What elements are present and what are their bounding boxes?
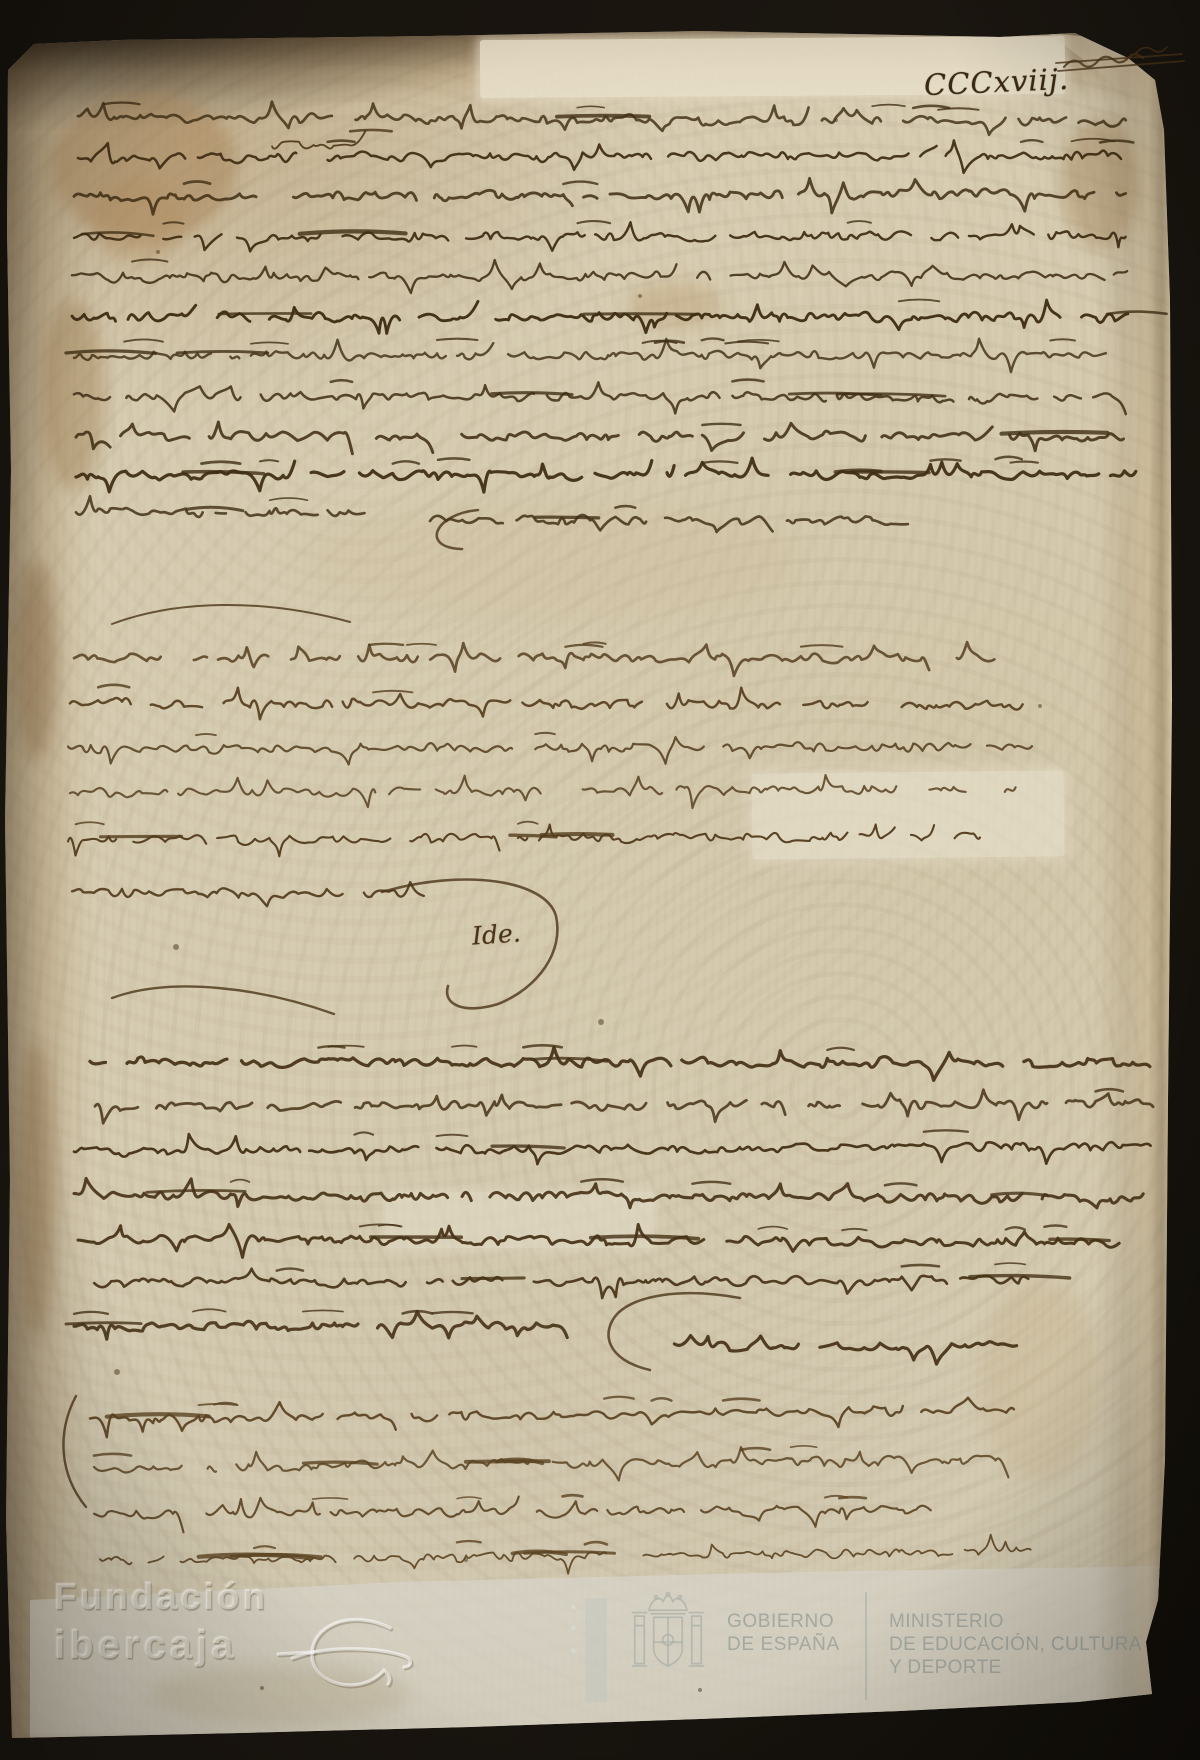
ministerio-line1: MINISTERIO xyxy=(889,1610,1142,1633)
watermark-divider xyxy=(865,1592,867,1700)
handwritten-text-layer xyxy=(0,0,1200,1760)
flag-band xyxy=(585,1598,607,1702)
star-icon: ★ xyxy=(569,1646,578,1657)
gobierno-de-espana-watermark: GOBIERNO DE ESPAÑA xyxy=(727,1610,840,1656)
spain-coat-of-arms-icon xyxy=(618,1590,718,1685)
star-icon: ★ xyxy=(569,1602,578,1613)
ibercaja-watermark-line2: ibercaja xyxy=(54,1623,268,1668)
star-icon: ★ xyxy=(569,1623,578,1634)
ibercaja-swirl-icon xyxy=(266,1606,416,1701)
ministerio-watermark: MINISTERIO DE EDUCACIÓN, CULTURA Y DEPOR… xyxy=(889,1610,1142,1679)
ibercaja-watermark-line1: Fundación xyxy=(54,1576,268,1618)
manuscript-scan: CCCxviij. Ide. Fundación ibercaja ★ ★ ★ xyxy=(0,0,1200,1760)
ibercaja-watermark: Fundación ibercaja xyxy=(54,1576,268,1668)
gobierno-line2: DE ESPAÑA xyxy=(727,1633,840,1656)
gobierno-line1: GOBIERNO xyxy=(727,1610,840,1633)
ministerio-line3: Y DEPORTE xyxy=(889,1656,1142,1679)
ministerio-line2: DE EDUCACIÓN, CULTURA xyxy=(889,1633,1142,1656)
idem-mark: Ide. xyxy=(471,918,522,950)
